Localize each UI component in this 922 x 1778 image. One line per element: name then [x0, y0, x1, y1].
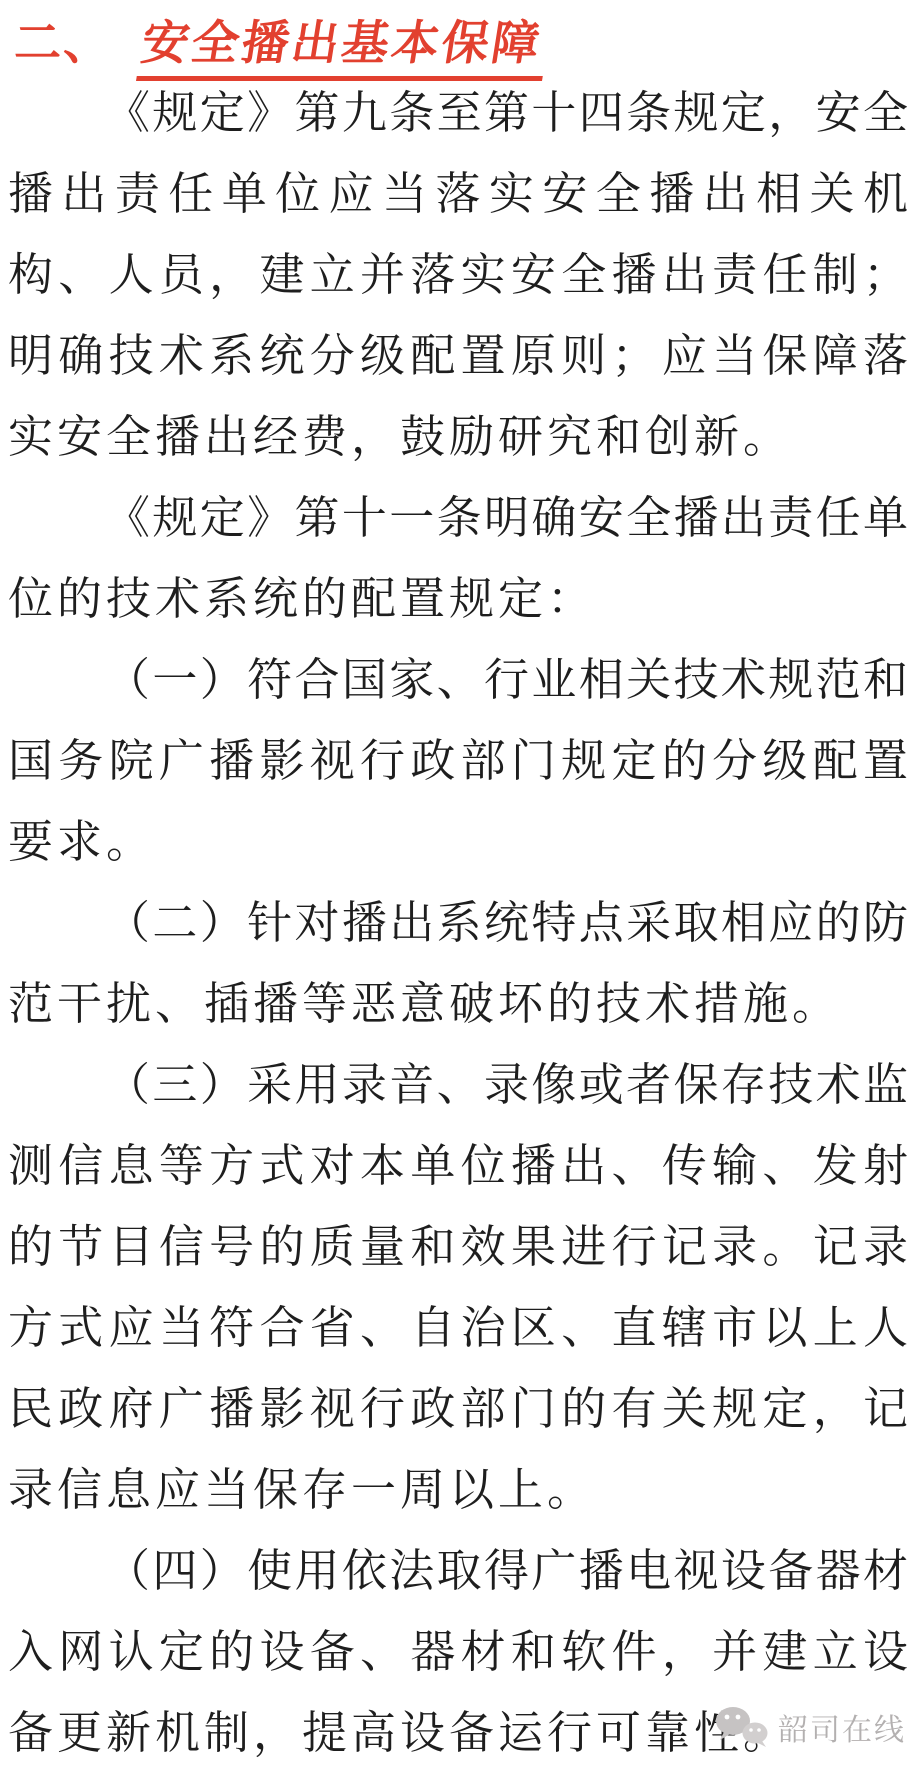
wechat-bubbles-icon [714, 1704, 770, 1750]
text-line: 构、人员，建立并落实安全播出责任制； [8, 234, 908, 315]
text-line: （一）符合国家、行业相关技术规范和 [8, 639, 908, 720]
text-line: 测信息等方式对本单位播出、传输、发射 [8, 1125, 908, 1206]
text-line: 民政府广播影视行政部门的有关规定，记 [8, 1368, 908, 1449]
text-line: 国务院广播影视行政部门规定的分级配置 [8, 720, 908, 801]
text-line: 明确技术系统分级配置原则；应当保障落 [8, 315, 908, 396]
text-line: （四）使用依法取得广播电视设备器材 [8, 1530, 908, 1611]
text-line: （二）针对播出系统特点采取相应的防 [8, 882, 908, 963]
text-line: 要求。 [8, 801, 908, 882]
section-number: 二、 [14, 6, 112, 73]
watermark: 韶司在线 [714, 1704, 906, 1750]
section-heading: 二、安全播出基本保障 [14, 6, 542, 81]
text-line: 《规定》第九条至第十四条规定，安全 [8, 72, 908, 153]
article-body: 《规定》第九条至第十四条规定，安全播出责任单位应当落实安全播出相关机构、人员，建… [8, 72, 908, 1773]
text-line: 播出责任单位应当落实安全播出相关机 [8, 153, 908, 234]
text-line: 位的技术系统的配置规定： [8, 558, 908, 639]
section-title: 安全播出基本保障 [136, 6, 554, 81]
watermark-label: 韶司在线 [778, 1705, 906, 1749]
text-line: 的节目信号的质量和效果进行记录。记录 [8, 1206, 908, 1287]
text-line: 录信息应当保存一周以上。 [8, 1449, 908, 1530]
text-line: 入网认定的设备、器材和软件，并建立设 [8, 1611, 908, 1692]
text-line: （三）采用录音、录像或者保存技术监 [8, 1044, 908, 1125]
text-line: 范干扰、插播等恶意破坏的技术措施。 [8, 963, 908, 1044]
text-line: 实安全播出经费，鼓励研究和创新。 [8, 396, 908, 477]
document-page: 二、安全播出基本保障 《规定》第九条至第十四条规定，安全播出责任单位应当落实安全… [0, 0, 922, 1778]
text-line: 方式应当符合省、自治区、直辖市以上人 [8, 1287, 908, 1368]
text-line: 《规定》第十一条明确安全播出责任单 [8, 477, 908, 558]
